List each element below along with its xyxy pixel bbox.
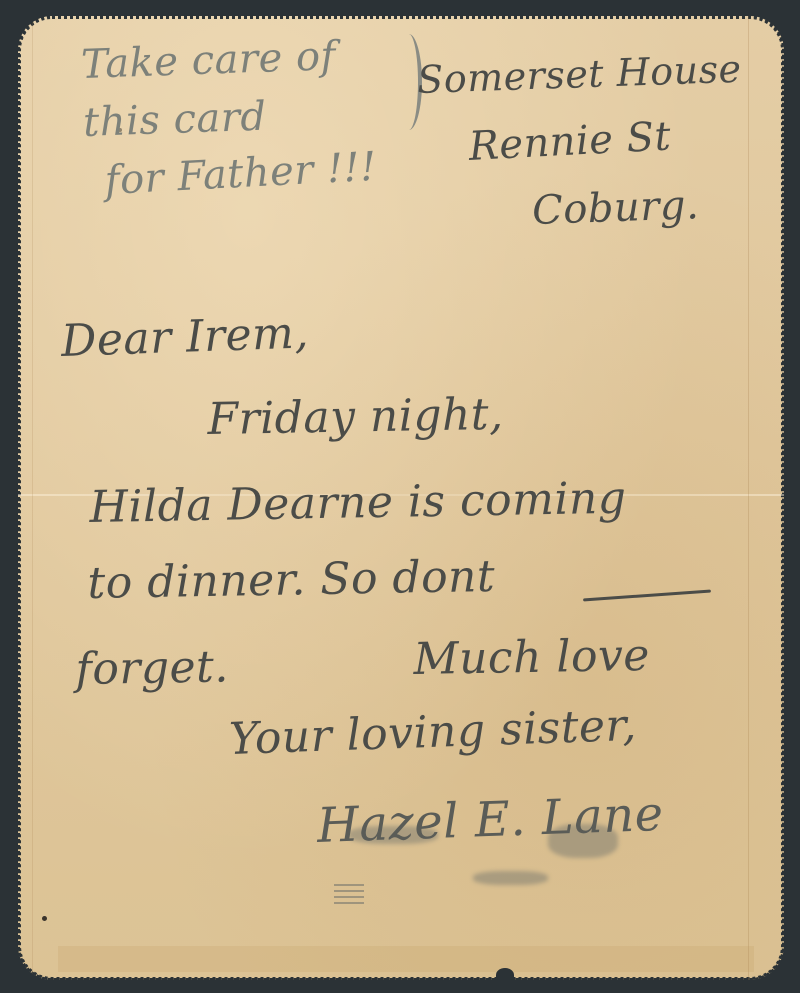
address-line-2: Rennie St: [468, 113, 673, 170]
right-margin-line: [748, 16, 749, 980]
address-line-1: Somerset House: [416, 47, 742, 102]
edge-notch: [496, 968, 514, 982]
closing-line-2: Your loving sister,: [228, 700, 637, 765]
underline-dont: [583, 590, 711, 602]
body-line-4: forget.: [75, 641, 229, 695]
address-line-3: Coburg.: [531, 182, 700, 234]
top-note-line-1: Take care of: [80, 33, 336, 88]
body-line-1: Friday night,: [207, 389, 504, 445]
closing-line-1: Much love: [413, 630, 650, 685]
top-note-line-3: for Father !!!: [104, 144, 378, 204]
paper-spot: [42, 916, 47, 921]
body-line-3: to dinner. So dont: [87, 551, 495, 609]
body-line-2: Hilda Dearne is coming: [89, 473, 627, 533]
salutation: Dear Irem,: [60, 307, 309, 367]
ink-smudge-lines: [334, 884, 364, 904]
letter-card: Take care of this card for Father !!! So…: [18, 16, 784, 980]
left-margin-line: [32, 16, 33, 980]
ink-smudge: [473, 871, 548, 885]
top-note-line-2: this card: [82, 94, 267, 146]
bottom-flap-band: [58, 946, 754, 972]
